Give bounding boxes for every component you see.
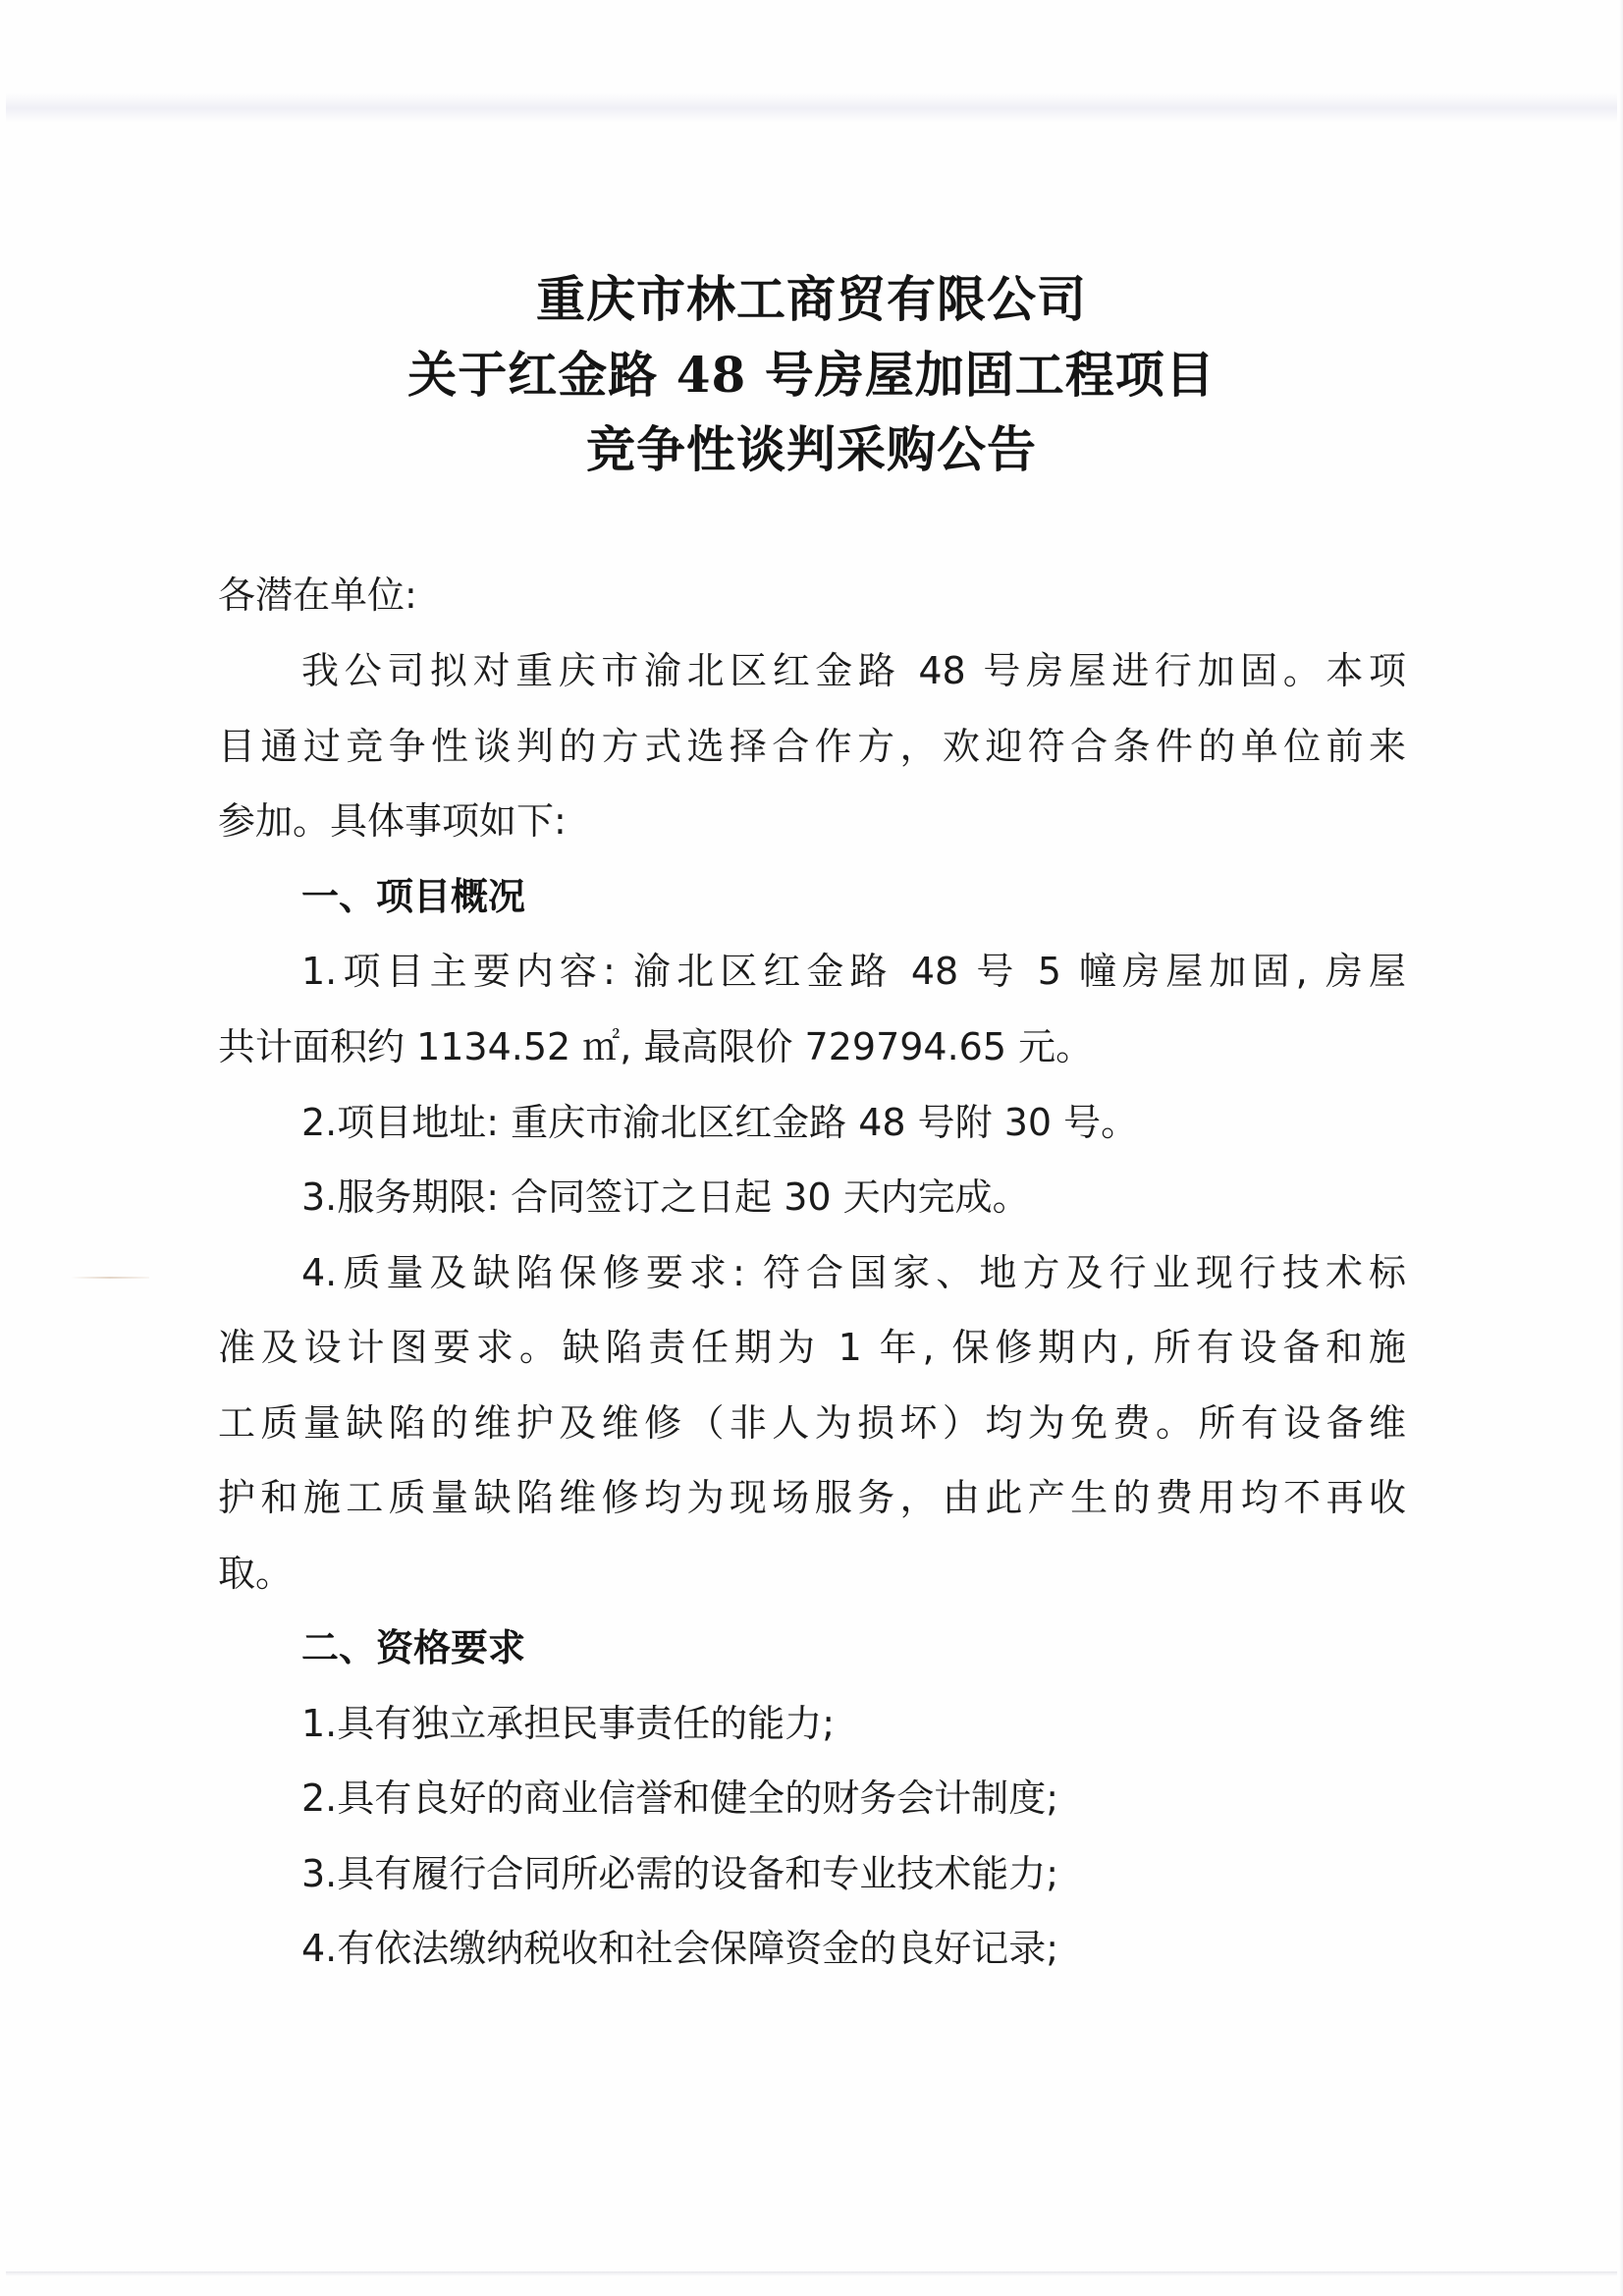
title-project: 关于红金路 48 号房屋加固工程项目 xyxy=(0,346,1623,405)
quality-line-3: 工质量缺陷的维护及维修（非人为损坏）均为免费。所有设备维 xyxy=(218,1400,1406,1446)
quality-line-5: 取。 xyxy=(218,1551,293,1596)
intro-line-2: 目通过竞争性谈判的方式选择合作方，欢迎符合条件的单位前来 xyxy=(218,724,1406,769)
qualification-item-2: 2.具有良好的商业信誉和健全的财务会计制度; xyxy=(301,1776,1058,1821)
quality-line-1: 4.质量及缺陷保修要求: 符合国家、地方及行业现行技术标 xyxy=(301,1250,1406,1295)
project-address: 2.项目地址: 重庆市渝北区红金路 48 号附 30 号。 xyxy=(301,1100,1138,1145)
title-announcement: 竞争性谈判采购公告 xyxy=(0,420,1623,479)
scan-edge-right xyxy=(1619,0,1623,2296)
qualification-item-4: 4.有依法缴纳税收和社会保障资金的良好记录; xyxy=(301,1926,1058,1971)
project-content-line-2: 共计面积约 1134.52 ㎡, 最高限价 729794.65 元。 xyxy=(218,1024,1093,1069)
qualification-item-1: 1.具有独立承担民事责任的能力; xyxy=(301,1701,835,1746)
scan-artifact-band xyxy=(6,93,1617,123)
section-heading-project-overview: 一、项目概况 xyxy=(301,874,525,919)
scan-edge-bottom xyxy=(6,2271,1617,2276)
margin-mark xyxy=(71,1277,149,1279)
intro-line-1: 我公司拟对重庆市渝北区红金路 48 号房屋进行加固。本项 xyxy=(301,648,1406,693)
quality-line-2: 准及设计图要求。缺陷责任期为 1 年, 保修期内, 所有设备和施 xyxy=(218,1325,1406,1370)
qualification-item-3: 3.具有履行合同所必需的设备和专业技术能力; xyxy=(301,1851,1058,1896)
section-heading-qualifications: 二、资格要求 xyxy=(301,1625,525,1670)
quality-line-4: 护和施工质量缺陷维修均为现场服务，由此产生的费用均不再收 xyxy=(218,1475,1406,1520)
project-content-line-1: 1.项目主要内容: 渝北区红金路 48 号 5 幢房屋加固, 房屋 xyxy=(301,949,1406,994)
intro-line-3: 参加。具体事项如下: xyxy=(218,798,567,844)
title-company: 重庆市林工商贸有限公司 xyxy=(0,270,1623,329)
service-period: 3.服务期限: 合同签订之日起 30 天内完成。 xyxy=(301,1175,1030,1220)
document-page: 重庆市林工商贸有限公司 关于红金路 48 号房屋加固工程项目 竞争性谈判采购公告… xyxy=(0,0,1623,2296)
salutation: 各潜在单位: xyxy=(218,573,417,618)
